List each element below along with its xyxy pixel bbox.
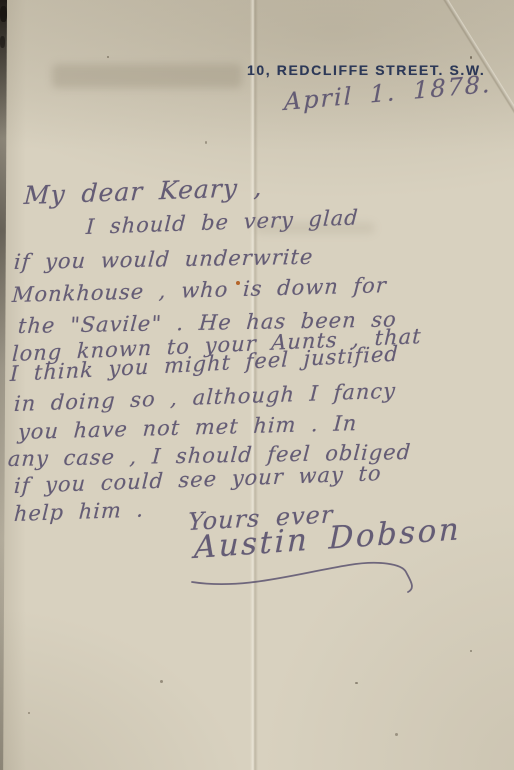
paper-speck bbox=[470, 56, 472, 59]
paper-speck bbox=[395, 733, 398, 736]
paper-edge-mark bbox=[0, 6, 7, 22]
paper-speck bbox=[205, 141, 207, 144]
body-line: Monkhouse , who is down for bbox=[11, 273, 387, 307]
paper-speck bbox=[28, 712, 30, 714]
paper-speck bbox=[160, 680, 163, 683]
body-line: help him . bbox=[13, 497, 144, 526]
signature-flourish bbox=[184, 556, 429, 598]
paper-speck bbox=[355, 682, 358, 684]
ink-showthrough bbox=[52, 64, 242, 88]
letter-photo: 10, REDCLIFFE STREET. S.W. April 1. 1878… bbox=[0, 0, 514, 770]
paper-left-edge bbox=[0, 0, 7, 770]
body-line: you have not met him . In bbox=[17, 411, 358, 444]
paper-edge-mark bbox=[0, 36, 5, 48]
paper-speck bbox=[107, 56, 109, 58]
body-line: in doing so , although I fancy bbox=[13, 379, 396, 416]
paper-speck bbox=[470, 650, 472, 652]
body-line: if you would underwrite bbox=[13, 245, 314, 274]
salutation: My dear Keary , bbox=[23, 173, 263, 210]
